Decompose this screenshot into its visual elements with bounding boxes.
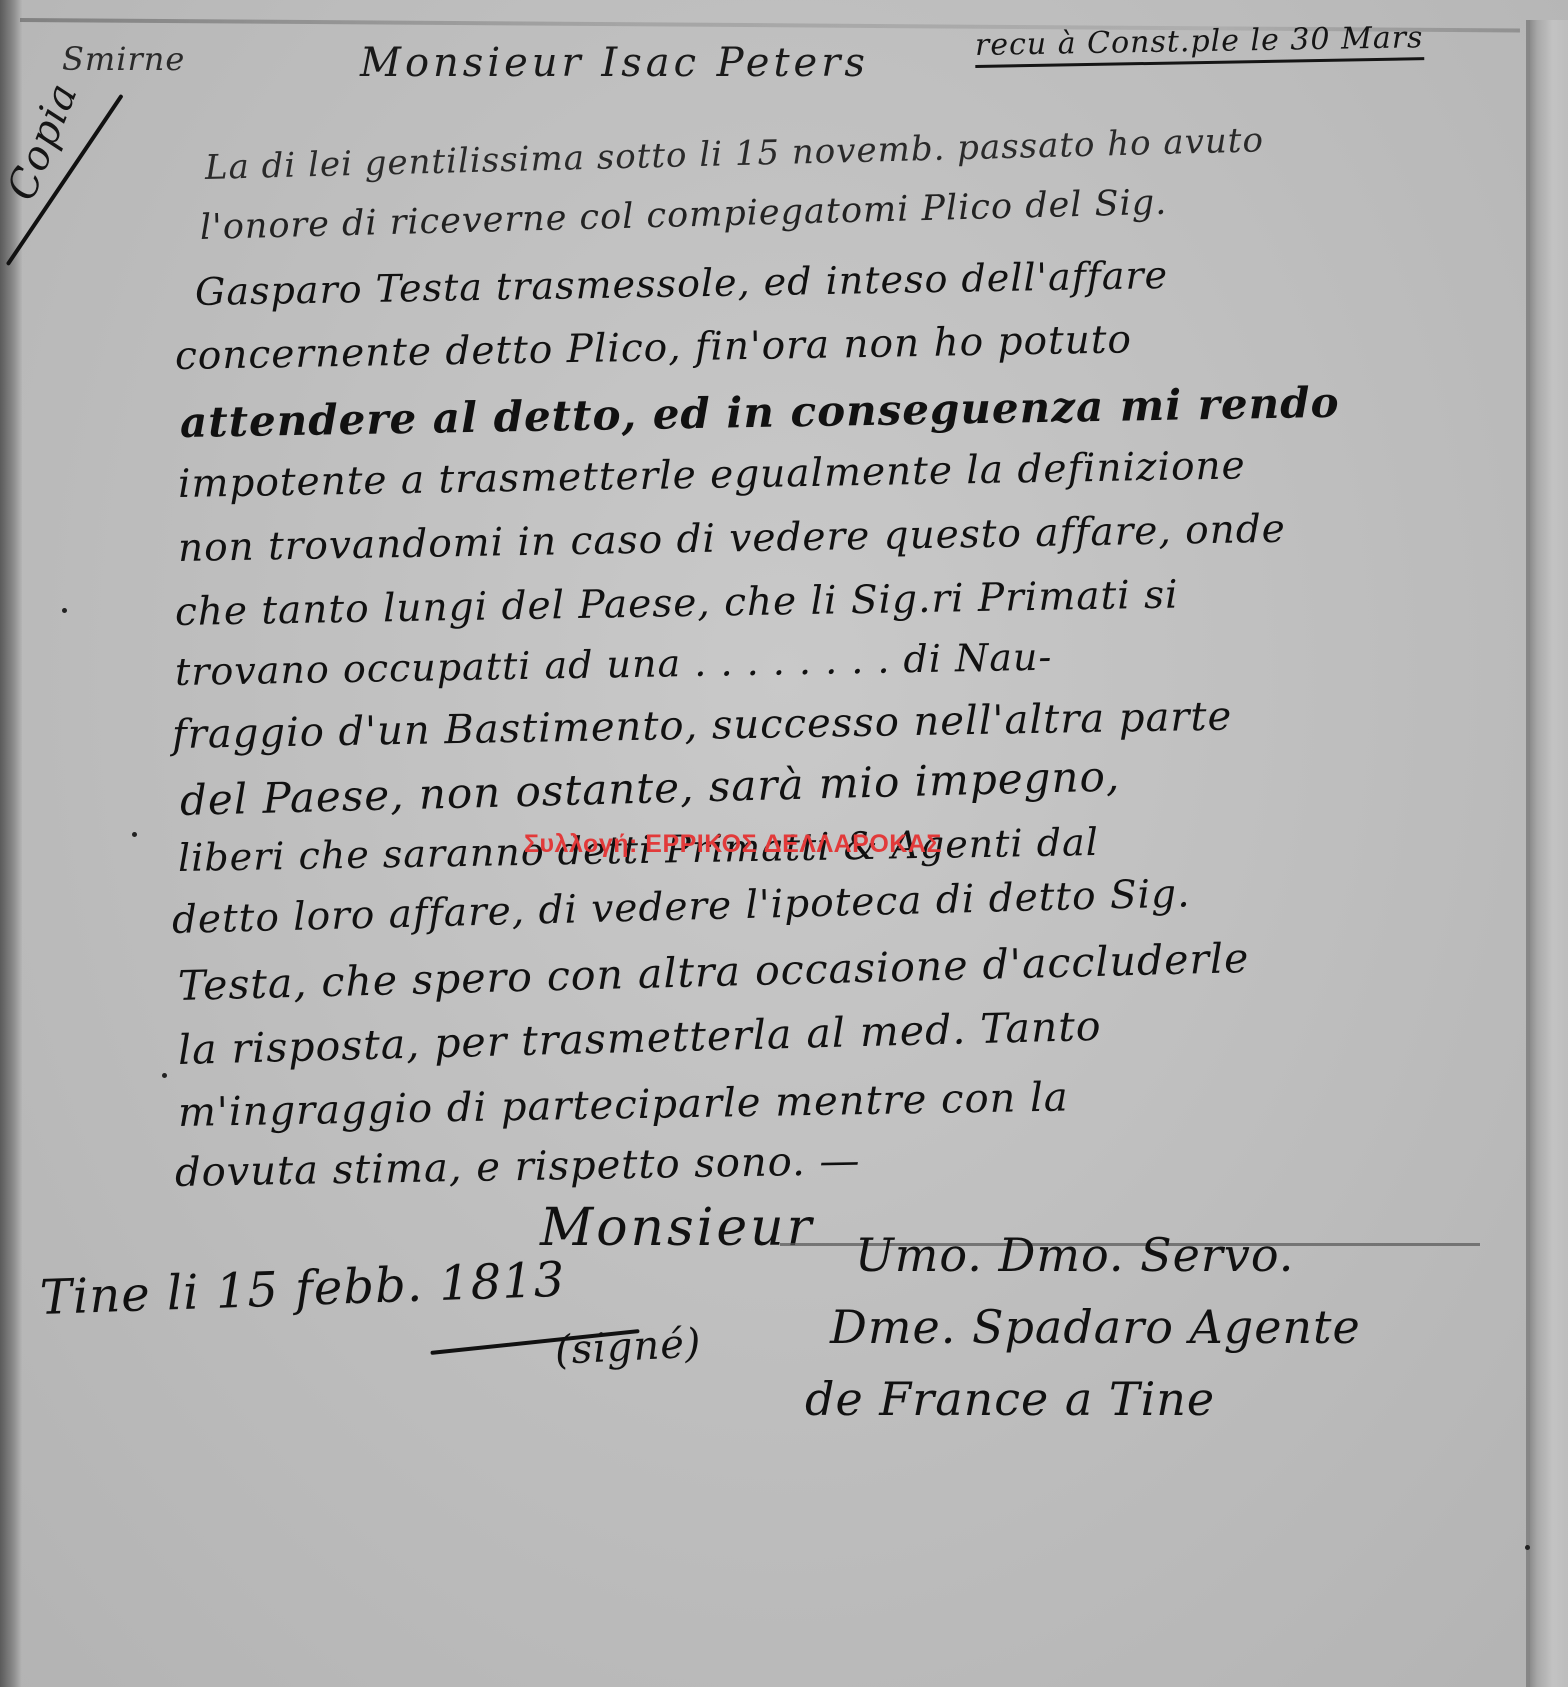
document-page: Smirne Monsieur Isac Peters recu à Const… [0,0,1568,1687]
body-line-17: dovuta stima, e rispetto sono. — [175,1138,861,1196]
body-line-5: attendere al detto, ed in conseguenza mi… [180,378,1340,447]
margin-speck [132,832,137,837]
body-line-7: non trovandomi in caso di vedere questo … [178,507,1287,571]
body-line-3: Gasparo Testa trasmessole, ed inteso del… [195,253,1169,314]
body-line-4: concernente detto Plico, fin'ora non ho … [175,317,1133,379]
body-line-6: impotente a trasmetterle egualmente la d… [178,443,1246,507]
body-line-1: La di lei gentilissima sotto li 15 novem… [204,120,1264,188]
signature-line-3: de France a Tine [805,1372,1215,1426]
margin-speck [1525,1545,1530,1550]
signed-note: (signé) [554,1320,703,1374]
header-addressee: Monsieur Isac Peters [360,40,869,86]
body-line-11: del Paese, non ostante, sarà mio impegno… [179,751,1120,825]
page-right-strip [1530,20,1568,1687]
date-line: Tine li 15 febb. 1813 [39,1252,566,1326]
body-line-15: la risposta, per trasmetterla al med. Ta… [177,1002,1102,1074]
page-left-edge [0,0,22,1687]
collection-watermark: Συλλογή: ΕΡΡΙΚΟΣ ΔΕΛΛΑΡΟΚΑΣ [524,830,942,859]
body-line-14: Testa, che spero con altra occasione d'a… [177,934,1250,1010]
body-line-9: trovano occupatti ad una . . . . . . . .… [175,635,1053,694]
body-line-16: m'ingraggio di parteciparle mentre con l… [178,1074,1069,1136]
margin-speck [162,1073,167,1078]
header-place: Smirne [62,40,185,78]
signature-line-1: Umo. Dmo. Servo. [855,1228,1294,1282]
margin-speck [62,608,67,613]
body-line-2: l'onore di riceverne col compiegatomi Pl… [199,183,1167,248]
closing-salutation: Monsieur [540,1198,814,1258]
body-line-13: detto loro affare, di vedere l'ipoteca d… [171,871,1191,943]
body-line-8: che tanto lungi del Paese, che li Sig.ri… [175,572,1179,635]
header-received-note: recu à Const.ple le 30 Mars [975,20,1424,68]
body-line-10: fraggio d'un Bastimento, successo nell'a… [172,693,1233,757]
signature-line-2: Dme. Spadaro Agente [830,1300,1361,1354]
